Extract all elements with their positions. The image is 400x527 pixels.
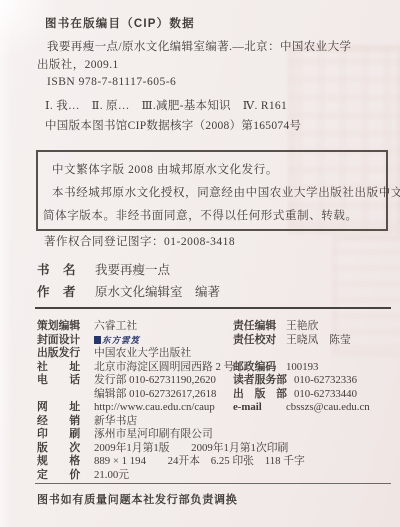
row-label: 版 次 [37, 442, 94, 456]
table-row: 策划编辑六睿工社责任编辑王艳欣 [37, 320, 393, 334]
logo-text: 东方雲笈 [102, 335, 140, 345]
table-row: 封面设计东方雲笈责任校对王晓凤 陈莹 [37, 334, 393, 348]
row-value: 2009年1月第1版 2009年1月第1次印刷 [94, 442, 288, 456]
license-notice-box: 中文繁体字版 2008 由城邦原水文化发行。 本书经城邦原水文化授权，同意经由中… [36, 150, 388, 231]
row-label-right: e-mail [233, 401, 279, 415]
table-row: 社 址北京市海淀区圆明园西路 2 号邮政编码100193 [37, 361, 393, 375]
row-value: 北京市海淀区圆明园西路 2 号 [94, 361, 233, 375]
quality-notice: 图书如有质量问题本社发行部负责调换 [37, 491, 238, 507]
logo-square-icon [94, 336, 101, 344]
row-label: 社 址 [37, 361, 94, 375]
cip-entry: 我要再瘦一点/原水文化编辑室编著.—北京：中国农业大学 出版社，2009.1 [37, 39, 377, 74]
table-row: 印 刷涿州市星河印刷有限公司 [37, 428, 393, 442]
row-value: 中国农业大学出版社 [94, 347, 233, 361]
row-label-right: 责任编辑 [233, 320, 279, 334]
book-title-row: 书 名我要再瘦一点 [37, 259, 220, 281]
copyright-registration: 著作权合同登记图字：01-2008-3418 [44, 233, 235, 249]
divider-thin [35, 483, 391, 484]
row-value: 889 × 1 194 24开本 6.25 印张 118 千字 [94, 455, 305, 469]
row-value: 发行部 010-62731190,2620 [94, 374, 233, 388]
table-row: 规 格889 × 1 194 24开本 6.25 印张 118 千字 [37, 455, 393, 469]
row-label-right: 出 版 部 [233, 388, 287, 402]
author-label: 作 者 [37, 281, 95, 303]
copyright-page: 图书在版编目（CIP）数据 我要再瘦一点/原水文化编辑室编著.—北京：中国农业大… [0, 0, 400, 527]
book-title-label: 书 名 [37, 259, 95, 281]
cip-classification: Ⅰ. 我… Ⅱ. 原… Ⅲ.减肥-基本知识 Ⅳ. R161 [45, 97, 287, 113]
author-value: 原水文化编辑室 编著 [95, 285, 220, 299]
row-value-right: 010-62732336 [294, 374, 357, 388]
row-value: 涿州市星河印刷有限公司 [94, 428, 233, 442]
cip-entry-line2: 出版社，2009.1 [37, 57, 377, 75]
title-block: 书 名我要再瘦一点 作 者原水文化编辑室 编著 [37, 259, 220, 303]
publication-info-table: 策划编辑六睿工社责任编辑王艳欣 封面设计东方雲笈责任校对王晓凤 陈莹 出版发行中… [37, 320, 393, 482]
isbn-line: ISBN 978-7-81117-605-6 [47, 76, 176, 88]
row-value: http://www.cau.edu.cn/caup [94, 401, 233, 415]
row-label: 定 价 [37, 469, 94, 483]
row-value-right: 100193 [286, 361, 318, 375]
book-title-value: 我要再瘦一点 [95, 263, 170, 277]
table-row: 定 价21.00元 [37, 469, 393, 483]
cip-record-number: 中国版本图书馆CIP数据核字（2008）第165074号 [45, 117, 301, 133]
row-label: 规 格 [37, 455, 94, 469]
row-label: 经 销 [37, 415, 94, 429]
table-row: 网 址http://www.cau.edu.cn/caupe-mailcbssz… [37, 401, 393, 415]
row-label-right: 责任校对 [233, 334, 279, 348]
row-label: 电 话 [37, 374, 94, 388]
table-row: 经 销新华书店 [37, 415, 393, 429]
license-line3: 简体字版本。非经书面同意，不得以任何形式重制、转载。 [38, 205, 386, 228]
row-value-right: 王艳欣 [286, 320, 318, 334]
cover-design-logo: 东方雲笈 [94, 334, 233, 348]
author-row: 作 者原水文化编辑室 编著 [37, 281, 220, 303]
cip-entry-line1: 我要再瘦一点/原水文化编辑室编著.—北京：中国农业大学 [37, 39, 377, 57]
row-value-right: 王晓凤 陈莹 [286, 334, 351, 348]
row-value-right: cbsszs@cau.edu.cn [286, 401, 370, 415]
row-value: 新华书店 [94, 415, 233, 429]
row-label: 出版发行 [37, 347, 94, 361]
row-value-right: 010-62733440 [294, 388, 357, 402]
table-row: 版 次2009年1月第1版 2009年1月第1次印刷 [37, 442, 393, 456]
row-label-right: 邮政编码 [233, 361, 279, 375]
row-value: 21.00元 [94, 469, 129, 483]
table-row: 编辑部 010-62732617,2618出 版 部010-62733440 [37, 388, 393, 402]
license-line2: 本书经城邦原水文化授权，同意经由中国农业大学出版社出版中文 [38, 182, 386, 205]
row-label-right: 读者服务部 [233, 374, 287, 388]
row-value: 编辑部 010-62732617,2618 [94, 388, 233, 402]
row-value: 六睿工社 [94, 320, 233, 334]
row-label: 封面设计 [37, 334, 94, 348]
row-label: 网 址 [37, 401, 94, 415]
divider-thick [35, 307, 391, 309]
license-line1: 中文繁体字版 2008 由城邦原水文化发行。 [38, 159, 386, 182]
table-row: 电 话发行部 010-62731190,2620读者服务部010-6273233… [37, 374, 393, 388]
cip-header: 图书在版编目（CIP）数据 [45, 15, 195, 31]
table-row: 出版发行中国农业大学出版社 [37, 347, 393, 361]
row-label: 策划编辑 [37, 320, 94, 334]
row-label: 印 刷 [37, 428, 94, 442]
